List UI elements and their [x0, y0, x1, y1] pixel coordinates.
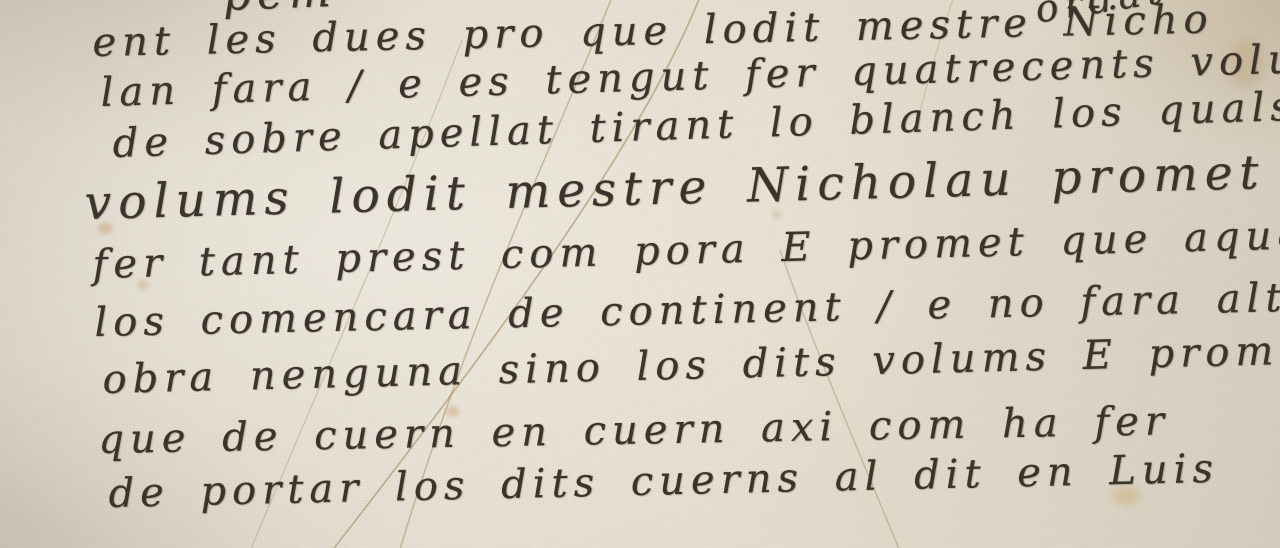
manuscript-photo: pem ordat ent les dues pro que lodit mes…: [0, 0, 1280, 548]
